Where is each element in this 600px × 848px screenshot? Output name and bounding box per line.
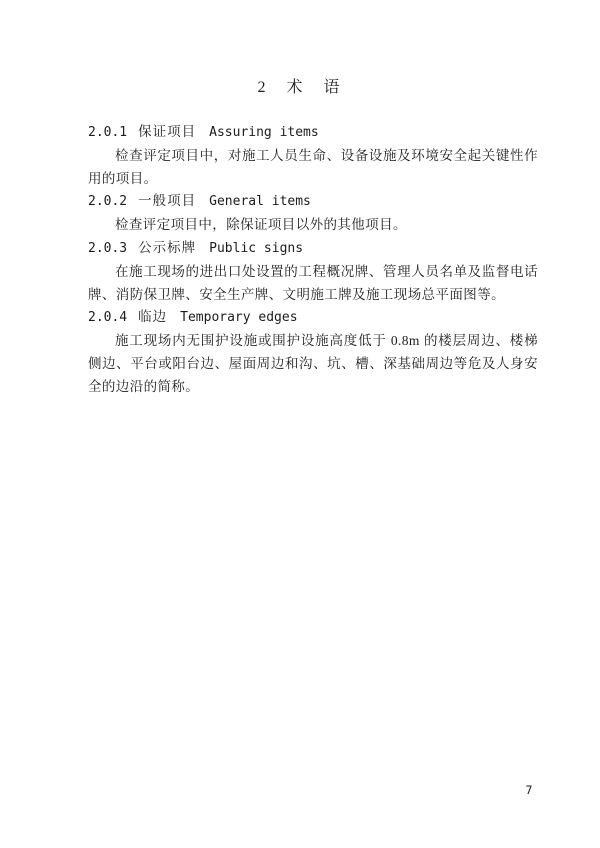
- term-name-en: Assuring items: [209, 125, 319, 140]
- term-number: 2.0.3: [88, 241, 127, 256]
- term-name-en: Public signs: [209, 241, 303, 256]
- page-number: 7: [518, 783, 540, 797]
- term-name-cn: 公示标牌: [138, 240, 196, 255]
- term-heading-2-0-4: 2.0.4临边Temporary edges: [88, 306, 538, 330]
- term-name-cn: 临边: [138, 309, 167, 324]
- term-number: 2.0.2: [88, 194, 127, 209]
- term-name-cn: 一般项目: [138, 193, 196, 208]
- term-heading-2-0-3: 2.0.3公示标牌Public signs: [88, 237, 538, 261]
- term-definition-2-0-2: 检查评定项目中，除保证项目以外的其他项目。: [88, 214, 538, 237]
- term-name-en: Temporary edges: [180, 310, 297, 325]
- term-name-cn: 保证项目: [138, 124, 196, 139]
- term-heading-2-0-1: 2.0.1保证项目Assuring items: [88, 121, 538, 145]
- term-heading-2-0-2: 2.0.2一般项目General items: [88, 190, 538, 214]
- term-number: 2.0.4: [88, 310, 127, 325]
- chapter-title: 2 术 语: [0, 74, 600, 97]
- term-number: 2.0.1: [88, 125, 127, 140]
- term-name-en: General items: [209, 194, 311, 209]
- term-definition-2-0-3: 在施工现场的进出口处设置的工程概况牌、管理人员名单及监督电话牌、消防保卫牌、安全…: [88, 261, 538, 307]
- terms-section: 2.0.1保证项目Assuring items 检查评定项目中，对施工人员生命、…: [88, 121, 538, 399]
- document-page: 2 术 语 2.0.1保证项目Assuring items 检查评定项目中，对施…: [0, 0, 600, 848]
- term-definition-2-0-4: 施工现场内无围护设施或围护设施高度低于 0.8m 的楼层周边、楼梯侧边、平台或阳…: [88, 330, 538, 398]
- term-definition-2-0-1: 检查评定项目中，对施工人员生命、设备设施及环境安全起关键性作用的项目。: [88, 145, 538, 191]
